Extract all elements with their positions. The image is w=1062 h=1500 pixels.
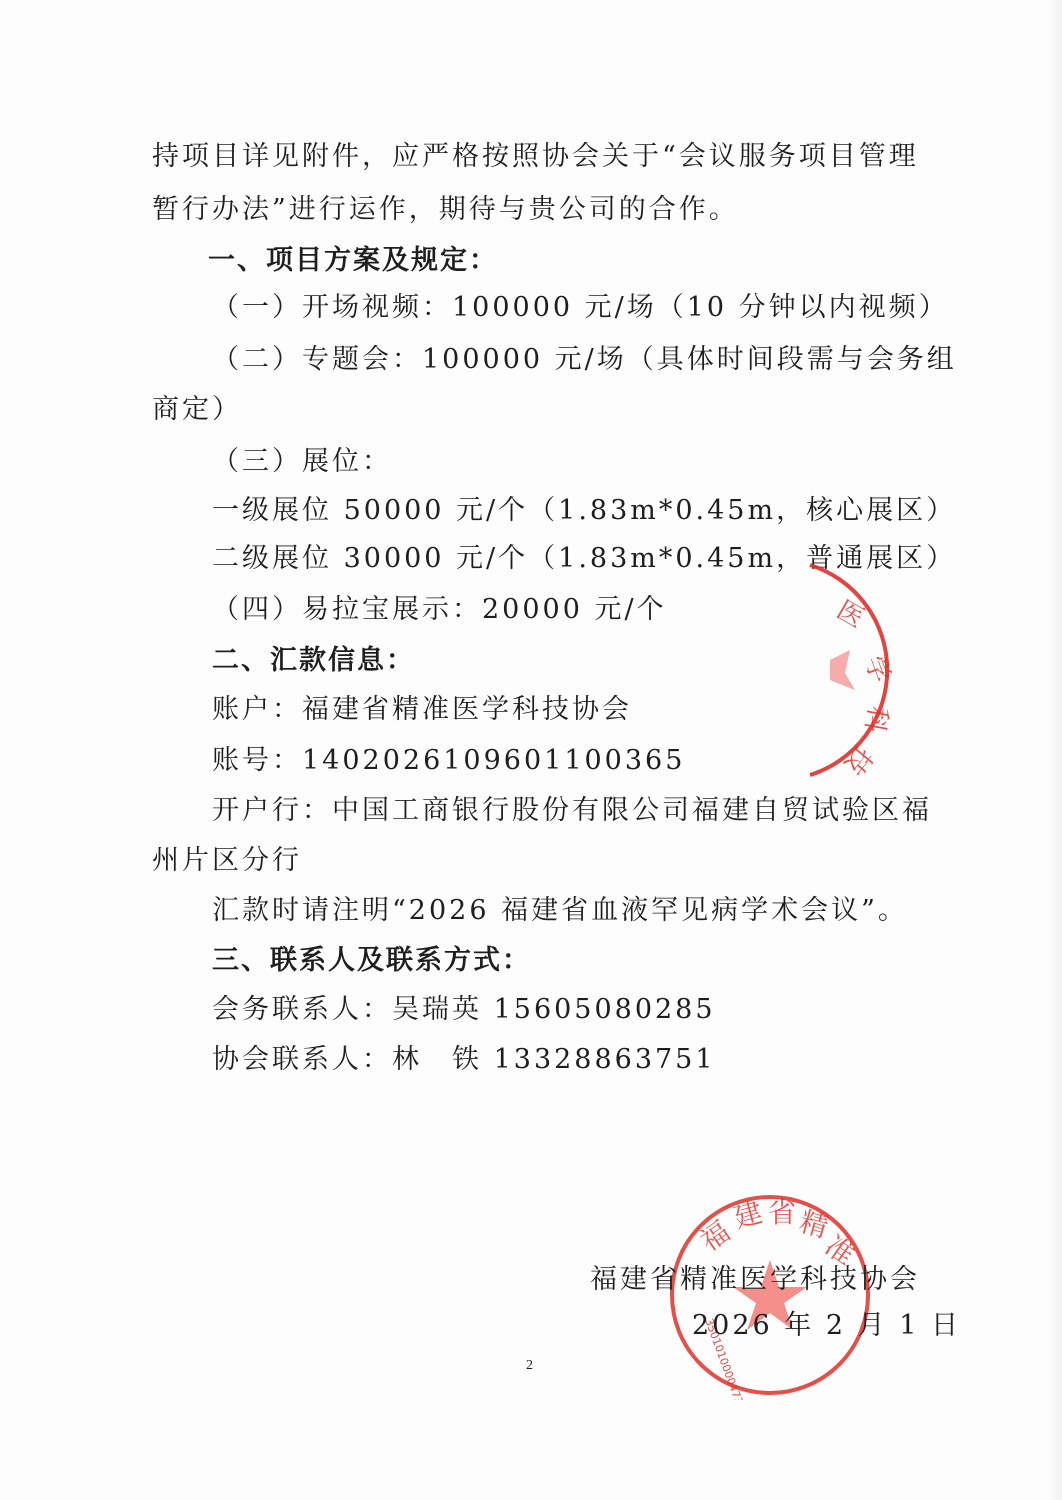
item-rollup-banner: （四）易拉宝展示：20000 元/个	[212, 592, 667, 628]
section3-heading: 三、联系人及联系方式：	[212, 943, 531, 979]
svg-text:学: 学	[858, 652, 895, 687]
account-name: 账户：福建省精准医学科技协会	[212, 692, 632, 728]
item-booth-level1: 一级展位 50000 元/个（1.83m*0.45m，核心展区）	[212, 493, 956, 529]
page-number: 2	[526, 1358, 533, 1374]
item-symposium: （二）专题会：100000 元/场（具体时间段需与会务组	[212, 342, 957, 378]
document-page: 持项目详见附件，应严格按照协会关于“会议服务项目管理 暂行办法”进行运作，期待与…	[0, 0, 1062, 1500]
remittance-remark: 汇款时请注明“2026 福建省血液罕见病学术会议”。	[212, 893, 908, 929]
item-booth-level2: 二级展位 30000 元/个（1.83m*0.45m，普通展区）	[212, 541, 956, 577]
bank-line-2: 州片区分行	[152, 843, 302, 879]
seal-stamp-partial: 医 学 科 技	[790, 555, 930, 785]
contact-association: 协会联系人：林 铁 13328863751	[212, 1042, 716, 1078]
svg-text:科: 科	[859, 704, 893, 735]
intro-line-1: 持项目详见附件，应严格按照协会关于“会议服务项目管理	[152, 139, 919, 175]
bank-line-1: 开户行：中国工商银行股份有限公司福建自贸试验区福	[212, 793, 932, 829]
item-opening-video: （一）开场视频：100000 元/场（10 分钟以内视频）	[212, 290, 949, 326]
signature-date: 2026 年 2 月 1 日	[692, 1308, 961, 1344]
account-number: 账号：1402026109601100365	[212, 743, 685, 779]
contact-conference: 会务联系人：吴瑞英 15605080285	[212, 992, 716, 1028]
svg-text:福: 福	[694, 1215, 736, 1258]
section2-heading: 二、汇款信息：	[212, 643, 415, 679]
item-booth: （三）展位：	[212, 444, 392, 480]
svg-text:建: 建	[730, 1196, 766, 1235]
item-symposium-continuation: 商定）	[152, 392, 242, 428]
signature-organization: 福建省精准医学科技协会	[590, 1262, 920, 1298]
svg-text:精: 精	[796, 1205, 832, 1244]
scan-edge-shadow	[1048, 0, 1062, 1500]
section1-heading: 一、项目方案及规定：	[208, 243, 498, 279]
svg-text:技: 技	[838, 741, 878, 780]
svg-text:省: 省	[768, 1196, 796, 1229]
svg-text:医: 医	[832, 595, 870, 634]
intro-line-2: 暂行办法”进行运作，期待与贵公司的合作。	[152, 192, 739, 228]
